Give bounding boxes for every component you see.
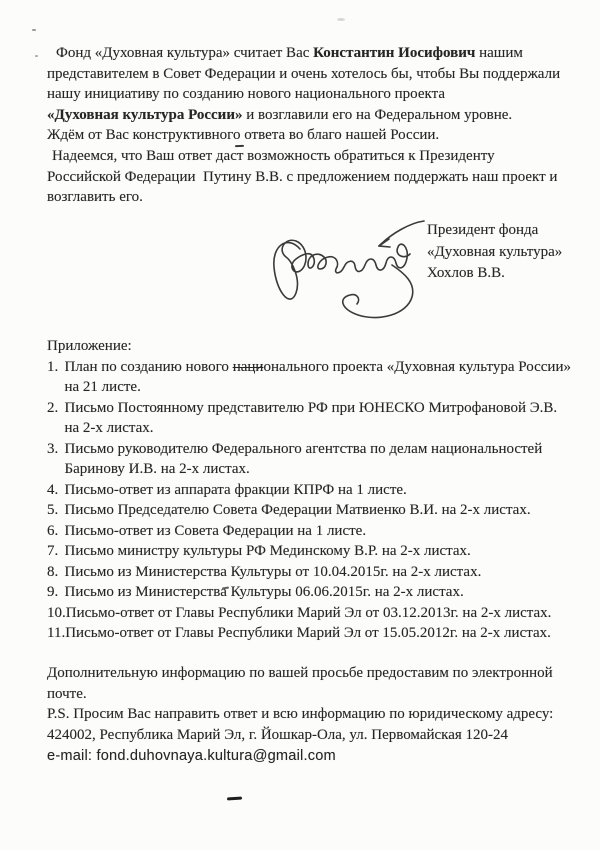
item-number: 3. bbox=[47, 439, 65, 460]
attachment-item: 5.Письмо Председателю Совета Федерации М… bbox=[47, 500, 572, 521]
item-number: 6. bbox=[47, 521, 65, 542]
item-continuation: на 2-х листах. bbox=[47, 418, 572, 439]
item-text: Письмо руководителю Федерального агентст… bbox=[65, 441, 543, 457]
scan-artifact-speck bbox=[32, 29, 36, 31]
scan-artifact-smudge bbox=[337, 18, 345, 21]
paragraph1-line5: Ждём от Вас конструктивного ответа во бл… bbox=[47, 125, 572, 146]
item-number: 7. bbox=[47, 541, 65, 562]
item-text: Письмо Председателю Совета Федерации Мат… bbox=[65, 502, 531, 518]
signature-scribble bbox=[262, 213, 442, 331]
scanned-letter-page: Фонд «Духовная культура» считает Вас Кон… bbox=[0, 0, 600, 850]
attachment-item: 9.Письмо из Министерства Культуры 06.06.… bbox=[47, 582, 572, 603]
footer-line2: почте. bbox=[47, 684, 572, 705]
attachments-section: Приложение: 1.План по созданию нового на… bbox=[47, 336, 572, 644]
signer-org: «Духовная культура» bbox=[427, 242, 562, 264]
paragraph2-line3: возглавить его. bbox=[47, 187, 572, 208]
item-text: Письмо-ответ от Главы Республики Марий Э… bbox=[66, 605, 552, 621]
item-text: Письмо министру культуры РФ Мединскому В… bbox=[65, 543, 471, 559]
attachment-item: 2.Письмо Постоянному представителю РФ пр… bbox=[47, 398, 572, 439]
item-text: Письмо из Министерства Культуры от 10.04… bbox=[65, 564, 482, 580]
address-line: 424002, Республика Марий Эл, г. Йошкар-О… bbox=[47, 725, 572, 746]
item-continuation: на 21 листе. bbox=[47, 377, 572, 398]
project-name: «Духовная культура России» bbox=[47, 107, 242, 123]
p1-l1-pre: Фонд «Духовная культура» считает Вас bbox=[56, 45, 313, 61]
footer-line1: Дополнительную информацию по вашей прось… bbox=[47, 663, 572, 684]
scan-artifact-mark bbox=[227, 796, 242, 800]
signer-name: Хохлов В.В. bbox=[427, 263, 562, 285]
paragraph2-line2: Российской Федерации Путину В.В. с предл… bbox=[47, 167, 572, 188]
attachment-item: 10.Письмо-ответ от Главы Республики Мари… bbox=[47, 603, 572, 624]
item-number: 4. bbox=[47, 480, 65, 501]
item-number: 10. bbox=[47, 603, 66, 624]
item-text: Письмо из Министерства Культуры 06.06.20… bbox=[65, 584, 464, 600]
item-number: 9. bbox=[47, 582, 65, 603]
attachment-item: 1.План по созданию нового национального … bbox=[47, 357, 572, 398]
paragraph1-line4: «Духовная культура России» и возглавили … bbox=[47, 105, 572, 126]
item-number: 5. bbox=[47, 500, 65, 521]
item-number: 1. bbox=[47, 357, 65, 378]
attachment-item: 8.Письмо из Министерства Культуры от 10.… bbox=[47, 562, 572, 583]
p1-l1-post: нашим bbox=[475, 45, 523, 61]
item-text: Письмо-ответ из Совета Федерации на 1 ли… bbox=[65, 523, 367, 539]
item-number: 11. bbox=[47, 623, 65, 644]
signer-title: Президент фонда bbox=[427, 220, 562, 242]
paragraph1-line2: представителем в Совет Федерации и очень… bbox=[47, 64, 572, 85]
letter-body: Фонд «Духовная культура» считает Вас Кон… bbox=[47, 43, 572, 208]
attachment-item: 4.Письмо-ответ из аппарата фракции КПРФ … bbox=[47, 480, 572, 501]
item-text: Письмо-ответ от Главы Республики Марий Э… bbox=[65, 625, 551, 641]
ps-line: P.S. Просим Вас направить ответ и всю ин… bbox=[47, 704, 572, 725]
item-continuation: Баринову И.В. на 2-х листах. bbox=[47, 459, 572, 480]
scan-artifact-speck bbox=[35, 55, 38, 57]
item-text: Письмо Постоянному представителю РФ при … bbox=[65, 400, 558, 416]
addressee-name: Константин Иосифович bbox=[313, 45, 475, 61]
paragraph2-line1: Надеемся, что Ваш ответ даст возможность… bbox=[47, 146, 572, 167]
attachment-item: 6.Письмо-ответ из Совета Федерации на 1 … bbox=[47, 521, 572, 542]
attachments-heading: Приложение: bbox=[47, 336, 572, 357]
attachment-item: 3.Письмо руководителю Федерального агент… bbox=[47, 439, 572, 480]
item-text: План по созданию нового национального пр… bbox=[65, 359, 571, 375]
item-number: 2. bbox=[47, 398, 65, 419]
attachment-item: 7.Письмо министру культуры РФ Мединскому… bbox=[47, 541, 572, 562]
attachment-item: 11.Письмо-ответ от Главы Республики Мари… bbox=[47, 623, 572, 644]
signature-block: Президент фонда «Духовная культура» Хохл… bbox=[427, 220, 562, 285]
paragraph1-line3: нашу инициативу по созданию нового нацио… bbox=[47, 84, 572, 105]
item-text: Письмо-ответ из аппарата фракции КПРФ на… bbox=[65, 482, 407, 498]
footer-section: Дополнительную информацию по вашей прось… bbox=[47, 663, 572, 767]
p1-l4-post: и возглавили его на Федеральном уровне. bbox=[242, 107, 512, 123]
item-number: 8. bbox=[47, 562, 65, 583]
email-line: e-mail: fond.duhovnaya.kultura@gmail.com bbox=[47, 746, 572, 767]
struck-text: наци bbox=[233, 359, 264, 375]
paragraph1-line1: Фонд «Духовная культура» считает Вас Кон… bbox=[47, 43, 572, 64]
